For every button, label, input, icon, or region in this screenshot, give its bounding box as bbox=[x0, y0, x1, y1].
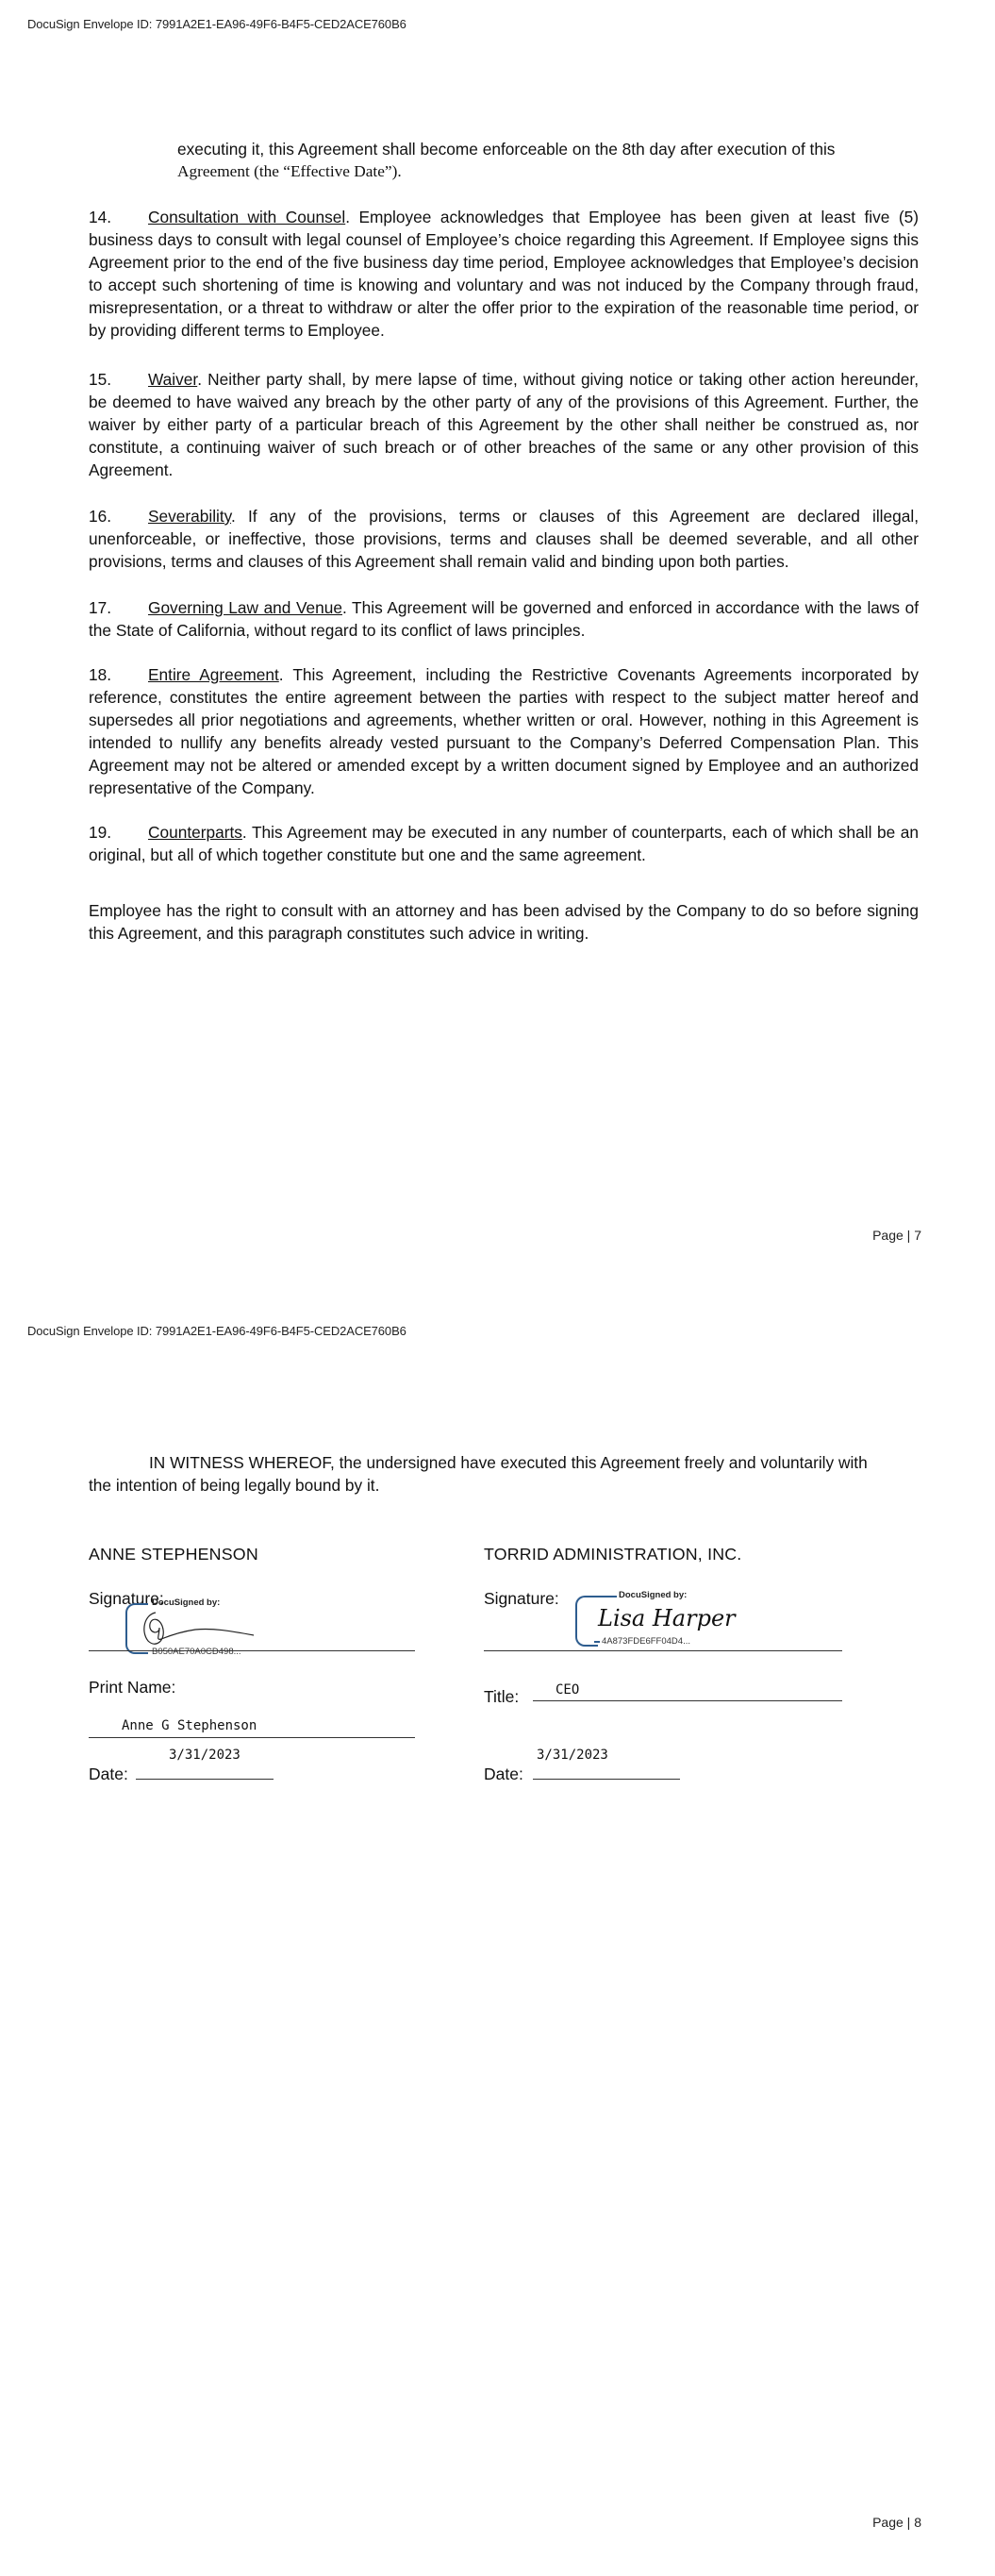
employee-signature-line bbox=[89, 1650, 415, 1651]
company-signature-id: 4A873FDE6FF04D4... bbox=[602, 1636, 690, 1647]
company-date-label: Date: bbox=[484, 1765, 523, 1784]
section-number: 14. bbox=[89, 206, 148, 228]
witness-paragraph: IN WITNESS WHEREOF, the undersigned have… bbox=[89, 1451, 871, 1497]
page-number: Page | 7 bbox=[872, 1228, 921, 1243]
document-page-7: DocuSign Envelope ID: 7991A2E1-EA96-49F6… bbox=[0, 0, 995, 1288]
company-date-line bbox=[533, 1779, 680, 1780]
title-line bbox=[533, 1700, 842, 1701]
docusigned-by-label: DocuSigned by: bbox=[619, 1590, 687, 1600]
employee-party-name: ANNE STEPHENSON bbox=[89, 1545, 258, 1564]
section-14: 14.Consultation with Counsel. Employee a… bbox=[89, 206, 919, 342]
section-15: 15.Waiver. Neither party shall, by mere … bbox=[89, 368, 919, 481]
section-17: 17.Governing Law and Venue. This Agreeme… bbox=[89, 596, 919, 642]
employee-date-label: Date: bbox=[89, 1765, 128, 1784]
section-number: 17. bbox=[89, 596, 148, 619]
signature-scribble-icon bbox=[139, 1607, 280, 1648]
employee-docusign-signature[interactable]: DocuSigned by: B050AE70A0CD498... bbox=[125, 1590, 314, 1656]
title-value[interactable]: CEO bbox=[556, 1682, 579, 1698]
section-heading: Entire Agreement bbox=[148, 665, 279, 684]
employee-date-line bbox=[136, 1779, 274, 1780]
attorney-advice-paragraph: Employee has the right to consult with a… bbox=[89, 899, 919, 945]
print-name-line bbox=[89, 1737, 415, 1738]
company-docusign-signature[interactable]: DocuSigned by: Lisa Harper 4A873FDE6FF04… bbox=[575, 1588, 764, 1650]
section-19: 19.Counterparts. This Agreement may be e… bbox=[89, 821, 919, 866]
section-18: 18.Entire Agreement. This Agreement, inc… bbox=[89, 663, 919, 799]
section-heading: Consultation with Counsel bbox=[148, 208, 345, 226]
envelope-id: DocuSign Envelope ID: 7991A2E1-EA96-49F6… bbox=[27, 1324, 406, 1338]
section-heading: Governing Law and Venue bbox=[148, 598, 342, 617]
section-16: 16.Severability. If any of the provision… bbox=[89, 505, 919, 573]
section-heading: Counterparts bbox=[148, 823, 242, 842]
page-number: Page | 8 bbox=[872, 2515, 921, 2530]
company-date-value[interactable]: 3/31/2023 bbox=[537, 1748, 608, 1763]
witness-lead: IN WITNESS WHEREOF, bbox=[149, 1453, 335, 1472]
section-heading: Severability bbox=[148, 507, 231, 526]
docusign-bracket bbox=[575, 1596, 598, 1647]
continuation-line-2: Agreement (the “Effective Date”). bbox=[177, 160, 919, 183]
signature-script: Lisa Harper bbox=[598, 1605, 736, 1631]
section-number: 19. bbox=[89, 821, 148, 844]
section-text: . Neither party shall, by mere lapse of … bbox=[89, 370, 919, 479]
title-label: Title: bbox=[484, 1687, 519, 1707]
section-number: 15. bbox=[89, 368, 148, 391]
company-party-name: TORRID ADMINISTRATION, INC. bbox=[484, 1545, 741, 1564]
print-name-label: Print Name: bbox=[89, 1678, 175, 1698]
company-signature-line bbox=[484, 1650, 842, 1651]
section-text: . This Agreement, including the Restrict… bbox=[89, 665, 919, 797]
section-number: 16. bbox=[89, 505, 148, 527]
section-text: . Employee acknowledges that Employee ha… bbox=[89, 208, 919, 340]
employee-date-value[interactable]: 3/31/2023 bbox=[169, 1748, 240, 1763]
section-13-continuation: executing it, this Agreement shall becom… bbox=[177, 138, 919, 183]
employee-signature-id: B050AE70A0CD498... bbox=[152, 1647, 241, 1657]
continuation-line-1: executing it, this Agreement shall becom… bbox=[177, 138, 919, 160]
section-number: 18. bbox=[89, 663, 148, 686]
document-page-8: DocuSign Envelope ID: 7991A2E1-EA96-49F6… bbox=[0, 1288, 995, 2576]
envelope-id: DocuSign Envelope ID: 7991A2E1-EA96-49F6… bbox=[27, 17, 406, 31]
section-heading: Waiver bbox=[148, 370, 197, 389]
print-name-value[interactable]: Anne G Stephenson bbox=[122, 1718, 257, 1733]
company-signature-label: Signature: bbox=[484, 1589, 559, 1609]
